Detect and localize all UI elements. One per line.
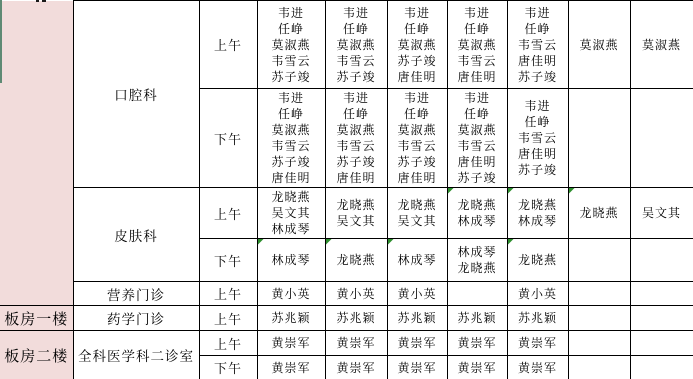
schedule-cell[interactable] bbox=[630, 282, 693, 306]
schedule-cell[interactable]: 莫淑燕 bbox=[568, 1, 630, 89]
schedule-cell[interactable]: 苏兆颖 bbox=[387, 306, 447, 331]
schedule-cell[interactable]: 韦进 任峥 莫淑燕 韦雪云 苏子竣 唐佳明 bbox=[387, 89, 447, 188]
schedule-cell[interactable] bbox=[568, 282, 630, 306]
schedule-cell[interactable]: 黄小英 bbox=[507, 282, 568, 306]
schedule-cell[interactable]: 苏兆颖 bbox=[325, 306, 387, 331]
schedule-cell[interactable]: 林成琴 bbox=[387, 239, 447, 282]
session-label-pm[interactable]: 下午 bbox=[199, 356, 257, 379]
schedule-cell[interactable] bbox=[630, 89, 693, 188]
schedule-cell[interactable]: 黄小英 bbox=[257, 282, 325, 306]
schedule-cell[interactable]: 黄崇军 bbox=[447, 331, 507, 356]
schedule-cell[interactable]: 龙晓燕 吴文其 林成琴 bbox=[257, 188, 325, 239]
session-label-am[interactable]: 上午 bbox=[199, 282, 257, 306]
schedule-cell[interactable]: 龙晓燕 bbox=[507, 239, 568, 282]
error-triangle-icon bbox=[569, 188, 575, 194]
session-label-am[interactable]: 上午 bbox=[199, 1, 257, 89]
schedule-cell[interactable]: 黄小英 bbox=[325, 282, 387, 306]
session-label-am[interactable]: 上午 bbox=[199, 306, 257, 331]
schedule-cell[interactable]: 龙晓燕 吴文其 bbox=[325, 188, 387, 239]
schedule-cell[interactable]: 韦进 任峥 莫淑燕 韦雪云 苏子竣 唐佳明 bbox=[325, 89, 387, 188]
floor-cell-1[interactable]: 板房一楼 bbox=[0, 306, 73, 331]
department-label-dermatology[interactable]: 皮肤科 bbox=[73, 188, 199, 282]
session-label-pm[interactable]: 下午 bbox=[199, 89, 257, 188]
floor-cell-top[interactable] bbox=[0, 1, 73, 306]
schedule-cell[interactable]: 韦进 任峥 韦雪云 唐佳明 苏子竣 bbox=[507, 89, 568, 188]
schedule-cell[interactable] bbox=[568, 306, 630, 331]
schedule-spreadsheet: 口腔科 上午 韦进 任峥 莫淑燕 韦雪云 苏子竣 韦进 任峥 莫淑燕 韦雪云 苏… bbox=[0, 0, 693, 379]
schedule-cell[interactable] bbox=[630, 306, 693, 331]
schedule-cell[interactable]: 龙晓燕 林成琴 bbox=[507, 188, 568, 239]
schedule-cell[interactable]: 韦进 任峥 莫淑燕 韦雪云 苏子竣 唐佳明 bbox=[257, 89, 325, 188]
schedule-cell[interactable]: 龙晓燕 bbox=[568, 188, 630, 239]
department-label-pharmacy[interactable]: 药学门诊 bbox=[73, 306, 199, 331]
schedule-cell[interactable]: 黄崇军 bbox=[325, 331, 387, 356]
cutoff-green-cell-strip bbox=[0, 0, 2, 83]
schedule-cell[interactable]: 黄崇军 bbox=[257, 331, 325, 356]
schedule-cell[interactable] bbox=[568, 89, 630, 188]
schedule-cell[interactable]: 黄崇军 bbox=[507, 356, 568, 379]
schedule-cell[interactable]: 黄崇军 bbox=[387, 331, 447, 356]
session-label-pm[interactable]: 下午 bbox=[199, 239, 257, 282]
schedule-cell[interactable]: 龙晓燕 林成琴 bbox=[447, 188, 507, 239]
schedule-cell[interactable]: 苏兆颖 bbox=[447, 306, 507, 331]
department-label-general-practice[interactable]: 全科医学科二诊室 bbox=[73, 331, 199, 379]
schedule-cell[interactable]: 龙晓燕 bbox=[325, 239, 387, 282]
schedule-cell[interactable]: 吴文其 bbox=[630, 188, 693, 239]
clipped-text-artifact bbox=[36, 0, 39, 2]
clinic-schedule-table: 口腔科 上午 韦进 任峥 莫淑燕 韦雪云 苏子竣 韦进 任峥 莫淑燕 韦雪云 苏… bbox=[0, 0, 693, 379]
schedule-cell[interactable]: 韦进 任峥 莫淑燕 韦雪云 唐佳明 苏子竣 bbox=[447, 89, 507, 188]
error-triangle-icon bbox=[508, 188, 514, 194]
schedule-cell[interactable] bbox=[568, 331, 630, 356]
schedule-cell[interactable]: 龙晓燕 吴文其 bbox=[387, 188, 447, 239]
error-triangle-icon bbox=[388, 239, 394, 245]
schedule-cell[interactable]: 韦进 任峥 莫淑燕 韦雪云 苏子竣 bbox=[325, 1, 387, 89]
schedule-cell[interactable]: 莫淑燕 bbox=[630, 1, 693, 89]
floor-cell-2[interactable]: 板房二楼 bbox=[0, 331, 73, 379]
department-label-nutrition[interactable]: 营养门诊 bbox=[73, 282, 199, 306]
schedule-cell[interactable]: 苏兆颖 bbox=[257, 306, 325, 331]
schedule-cell[interactable]: 林成琴 龙晓燕 bbox=[447, 239, 507, 282]
error-triangle-icon bbox=[508, 239, 514, 245]
schedule-cell[interactable]: 韦进 任峥 莫淑燕 韦雪云 苏子竣 bbox=[257, 1, 325, 89]
schedule-cell[interactable] bbox=[568, 239, 630, 282]
schedule-cell[interactable] bbox=[568, 356, 630, 379]
schedule-cell[interactable] bbox=[630, 239, 693, 282]
error-triangle-icon bbox=[326, 239, 332, 245]
department-label-dental[interactable]: 口腔科 bbox=[73, 1, 199, 188]
schedule-cell[interactable]: 苏兆颖 bbox=[507, 306, 568, 331]
error-triangle-icon bbox=[258, 239, 264, 245]
schedule-cell[interactable]: 韦进 任峥 莫淑燕 苏子竣 唐佳明 bbox=[387, 1, 447, 89]
schedule-cell[interactable]: 黄崇军 bbox=[387, 356, 447, 379]
schedule-cell[interactable]: 黄崇军 bbox=[447, 356, 507, 379]
schedule-cell[interactable] bbox=[630, 356, 693, 379]
schedule-cell[interactable] bbox=[447, 282, 507, 306]
schedule-cell[interactable]: 韦进 任峥 韦雪云 唐佳明 苏子竣 bbox=[507, 1, 568, 89]
error-triangle-icon bbox=[448, 188, 454, 194]
schedule-cell[interactable] bbox=[630, 331, 693, 356]
schedule-cell[interactable]: 林成琴 bbox=[257, 239, 325, 282]
schedule-cell[interactable]: 黄崇军 bbox=[507, 331, 568, 356]
session-label-am[interactable]: 上午 bbox=[199, 188, 257, 239]
schedule-cell[interactable]: 黄崇军 bbox=[257, 356, 325, 379]
schedule-cell[interactable]: 黄崇军 bbox=[325, 356, 387, 379]
clipped-text-artifact bbox=[42, 0, 46, 2]
session-label-am[interactable]: 上午 bbox=[199, 331, 257, 356]
schedule-cell[interactable]: 黄小英 bbox=[387, 282, 447, 306]
schedule-cell[interactable]: 韦进 任峥 莫淑燕 韦雪云 唐佳明 bbox=[447, 1, 507, 89]
